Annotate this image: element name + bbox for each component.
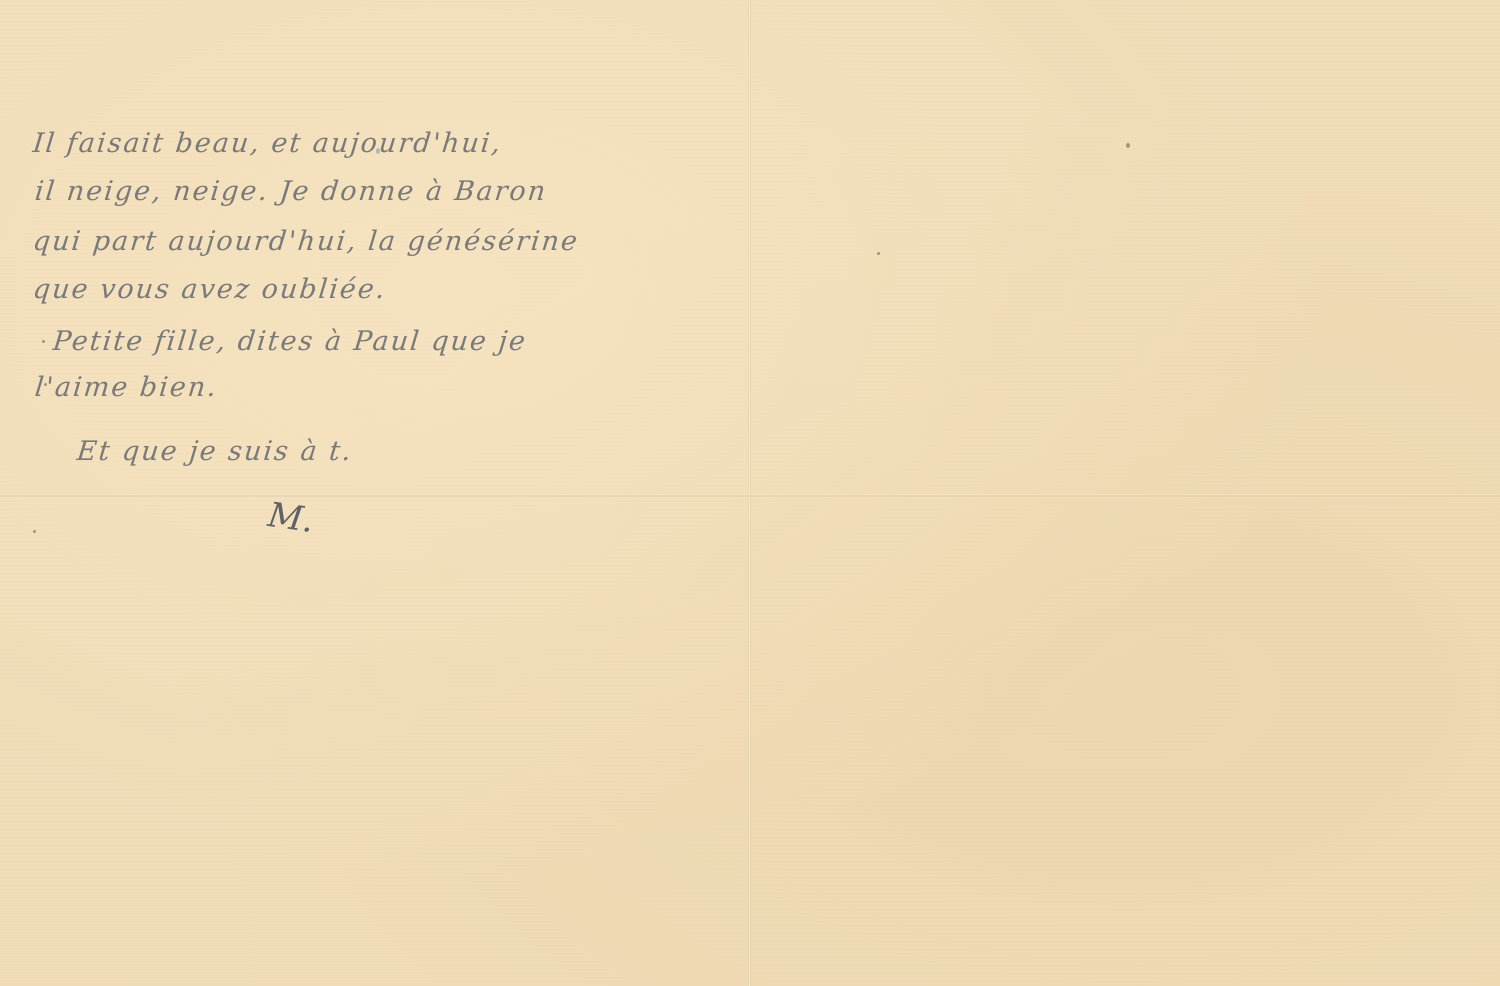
letter-line-5: Petite fille, dites à Paul que je	[51, 326, 528, 357]
letter-line-4: que vous avez oubliée.	[31, 274, 388, 305]
vertical-fold-crease	[748, 0, 751, 986]
paper-speck	[42, 340, 45, 343]
letter-line-1: Il faisait beau, et aujourd'hui,	[31, 128, 503, 159]
signature: M.	[265, 495, 316, 541]
paper-speck	[877, 252, 880, 255]
paper-speck	[1126, 143, 1130, 148]
letter-line-7: Et que je suis à t.	[75, 436, 354, 467]
horizontal-fold-crease	[0, 494, 1500, 498]
letter-line-2: il neige, neige. Je donne à Baron	[33, 176, 548, 207]
letter-line-6: l'aime bien.	[33, 372, 219, 403]
letter-sheet: Il faisait beau, et aujourd'hui, il neig…	[0, 0, 1500, 986]
paper-speck	[33, 530, 36, 533]
letter-line-3: qui part aujourd'hui, la génésérine	[31, 226, 580, 257]
